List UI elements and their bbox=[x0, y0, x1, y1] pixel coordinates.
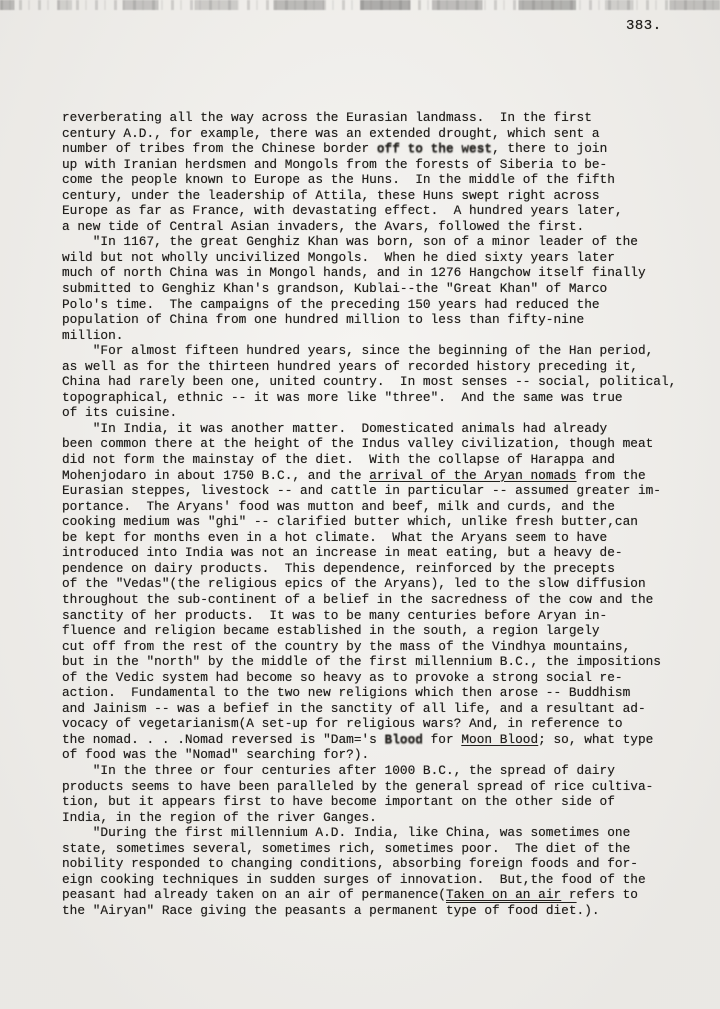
text-segment: tion, but it appears first to have becom… bbox=[62, 794, 615, 809]
text-segment: cut off from the rest of the country by … bbox=[62, 639, 630, 654]
text-segment: for bbox=[423, 732, 461, 747]
text-segment: peasant had already taken on an air of p… bbox=[62, 887, 446, 902]
text-line: the nomad. . . .Nomad reversed is "Dam='… bbox=[62, 732, 710, 748]
text-segment: "In 1167, the great Genghiz Khan was bor… bbox=[62, 234, 638, 249]
text-segment: did not form the mainstay of the diet. W… bbox=[62, 452, 615, 467]
text-line: up with Iranian herdsmen and Mongols fro… bbox=[62, 157, 710, 173]
text-line: pendence on dairy products. This depende… bbox=[62, 561, 710, 577]
text-segment: the "Airyan" Race giving the peasants a … bbox=[62, 903, 446, 918]
text-line: of the Vedic system had become so heavy … bbox=[62, 670, 710, 686]
text-line: wild but not wholly uncivilized Mongols.… bbox=[62, 250, 710, 266]
text-line: million. bbox=[62, 328, 710, 344]
text-line: century, under the leadership of Attila,… bbox=[62, 188, 710, 204]
overlined-phrase: type of food diet bbox=[446, 903, 577, 918]
text-line: products seems to have been paralleled b… bbox=[62, 779, 710, 795]
text-segment: cooking medium was "ghi" -- clarified bu… bbox=[62, 514, 638, 529]
text-segment: up with Iranian herdsmen and Mongols fro… bbox=[62, 157, 607, 172]
text-segment: "During the first millennium A.D. India,… bbox=[62, 825, 630, 840]
text-segment: fluence and religion became established … bbox=[62, 623, 600, 638]
text-line: be kept for months even in a hot climate… bbox=[62, 530, 710, 546]
text-line: century A.D., for example, there was an … bbox=[62, 126, 710, 142]
text-segment: pendence on dairy products. This depende… bbox=[62, 561, 615, 576]
text-line: introduced into India was not an increas… bbox=[62, 545, 710, 561]
text-line: action. Fundamental to the two new relig… bbox=[62, 685, 710, 701]
text-segment: China had rarely been one, united countr… bbox=[62, 374, 676, 389]
text-segment: eign cooking techniques in sudden surges… bbox=[62, 872, 646, 887]
text-line: "For almost fifteen hundred years, since… bbox=[62, 343, 710, 359]
text-line: state, sometimes several, sometimes rich… bbox=[62, 841, 710, 857]
underlined-phrase: Taken on an air bbox=[446, 887, 561, 902]
text-line: of the "Vedas"(the religious epics of th… bbox=[62, 576, 710, 592]
text-segment: been common there at the height of the I… bbox=[62, 436, 653, 451]
text-segment: reverberating all the way across the Eur… bbox=[62, 110, 592, 125]
text-segment: century A.D., for example, there was an … bbox=[62, 126, 600, 141]
text-segment: Europe as far as France, with devastatin… bbox=[62, 203, 623, 218]
scanner-noise-band bbox=[0, 0, 720, 10]
text-line: Mohenjodaro in about 1750 B.C., and the … bbox=[62, 468, 710, 484]
text-segment: of the "Vedas"(the religious epics of th… bbox=[62, 576, 646, 591]
text-segment: of its cuisine. bbox=[62, 405, 177, 420]
text-line: Polo's time. The campaigns of the preced… bbox=[62, 297, 710, 313]
text-segment: Polo's time. The campaigns of the preced… bbox=[62, 297, 600, 312]
text-segment: come the people known to Europe as the H… bbox=[62, 172, 615, 187]
text-line: peasant had already taken on an air of p… bbox=[62, 887, 710, 903]
text-line: topographical, ethnic -- it was more lik… bbox=[62, 390, 710, 406]
text-line: "In India, it was another matter. Domest… bbox=[62, 421, 710, 437]
typewritten-text-body: reverberating all the way across the Eur… bbox=[62, 110, 710, 918]
text-line: been common there at the height of the I… bbox=[62, 436, 710, 452]
text-line: but in the "north" by the middle of the … bbox=[62, 654, 710, 670]
text-segment: products seems to have been paralleled b… bbox=[62, 779, 653, 794]
text-line: come the people known to Europe as the H… bbox=[62, 172, 710, 188]
text-segment: century, under the leadership of Attila,… bbox=[62, 188, 600, 203]
text-segment: as well as for the thirteen hundred year… bbox=[62, 359, 638, 374]
text-segment: Mohenjodaro in about 1750 B.C., and the bbox=[62, 468, 369, 483]
text-segment: number of tribes from the Chinese border bbox=[62, 141, 377, 156]
text-segment: nobility responded to changing condition… bbox=[62, 856, 638, 871]
text-line: "In 1167, the great Genghiz Khan was bor… bbox=[62, 234, 710, 250]
text-segment: state, sometimes several, sometimes rich… bbox=[62, 841, 630, 856]
text-segment: and Jainism -- was a befief in the sanct… bbox=[62, 701, 646, 716]
text-line: Europe as far as France, with devastatin… bbox=[62, 203, 710, 219]
text-line: the "Airyan" Race giving the peasants a … bbox=[62, 903, 710, 919]
text-line: tion, but it appears first to have becom… bbox=[62, 794, 710, 810]
text-segment: "For almost fifteen hundred years, since… bbox=[62, 343, 653, 358]
text-line: of food was the "Nomad" searching for?). bbox=[62, 747, 710, 763]
text-line: portance. The Aryans' food was mutton an… bbox=[62, 499, 710, 515]
text-line: as well as for the thirteen hundred year… bbox=[62, 359, 710, 375]
text-segment: but in the "north" by the middle of the … bbox=[62, 654, 661, 669]
text-line: fluence and religion became established … bbox=[62, 623, 710, 639]
text-segment: be kept for months even in a hot climate… bbox=[62, 530, 607, 545]
text-segment: sanctity of her products. It was to be m… bbox=[62, 608, 607, 623]
underlined-phrase: arrival of the Aryan nomads bbox=[369, 468, 576, 483]
text-segment: a new tide of Central Asian invaders, th… bbox=[62, 219, 584, 234]
text-line: reverberating all the way across the Eur… bbox=[62, 110, 710, 126]
smudged-phrase: Blood bbox=[377, 732, 423, 747]
text-line: much of north China was in Mongol hands,… bbox=[62, 265, 710, 281]
text-segment: introduced into India was not an increas… bbox=[62, 545, 623, 560]
text-line: "During the first millennium A.D. India,… bbox=[62, 825, 710, 841]
text-segment: wild but not wholly uncivilized Mongols.… bbox=[62, 250, 615, 265]
scanned-document-page: 383. reverberating all the way across th… bbox=[0, 0, 720, 1009]
text-line: and Jainism -- was a befief in the sanct… bbox=[62, 701, 710, 717]
underlined-phrase: Moon Blood bbox=[461, 732, 538, 747]
text-segment: , there to join bbox=[492, 141, 607, 156]
text-line: of its cuisine. bbox=[62, 405, 710, 421]
text-segment: topographical, ethnic -- it was more lik… bbox=[62, 390, 623, 405]
text-segment: Eurasian steppes, livestock -- and cattl… bbox=[62, 483, 661, 498]
text-segment: ; so, what type bbox=[538, 732, 653, 747]
text-segment: submitted to Genghiz Khan's grandson, Ku… bbox=[62, 281, 607, 296]
text-segment: of food was the "Nomad" searching for?). bbox=[62, 747, 369, 762]
text-line: "In the three or four centuries after 10… bbox=[62, 763, 710, 779]
page-number: 383. bbox=[626, 18, 662, 34]
text-line: sanctity of her products. It was to be m… bbox=[62, 608, 710, 624]
text-segment: the nomad. . . .Nomad reversed is "Dam='… bbox=[62, 732, 377, 747]
text-segment: population of China from one hundred mil… bbox=[62, 312, 584, 327]
text-segment: throughout the sub-continent of a belief… bbox=[62, 592, 653, 607]
text-line: number of tribes from the Chinese border… bbox=[62, 141, 710, 157]
text-line: cooking medium was "ghi" -- clarified bu… bbox=[62, 514, 710, 530]
text-line: Eurasian steppes, livestock -- and cattl… bbox=[62, 483, 710, 499]
text-segment: much of north China was in Mongol hands,… bbox=[62, 265, 646, 280]
text-segment: million. bbox=[62, 328, 123, 343]
text-line: throughout the sub-continent of a belief… bbox=[62, 592, 710, 608]
text-segment: portance. The Aryans' food was mutton an… bbox=[62, 499, 615, 514]
text-line: submitted to Genghiz Khan's grandson, Ku… bbox=[62, 281, 710, 297]
text-line: did not form the mainstay of the diet. W… bbox=[62, 452, 710, 468]
text-line: a new tide of Central Asian invaders, th… bbox=[62, 219, 710, 235]
smudged-phrase: off to the west bbox=[377, 141, 492, 156]
text-segment: refers to bbox=[561, 887, 638, 902]
text-segment: from the bbox=[577, 468, 646, 483]
text-line: India, in the region of the river Ganges… bbox=[62, 810, 710, 826]
text-segment: India, in the region of the river Ganges… bbox=[62, 810, 377, 825]
text-line: cut off from the rest of the country by … bbox=[62, 639, 710, 655]
text-segment: action. Fundamental to the two new relig… bbox=[62, 685, 630, 700]
text-segment: "In India, it was another matter. Domest… bbox=[62, 421, 607, 436]
text-line: China had rarely been one, united countr… bbox=[62, 374, 710, 390]
text-segment: "In the three or four centuries after 10… bbox=[62, 763, 615, 778]
text-line: nobility responded to changing condition… bbox=[62, 856, 710, 872]
text-segment: vocacy of vegetarianism(A set-up for rel… bbox=[62, 716, 623, 731]
text-line: population of China from one hundred mil… bbox=[62, 312, 710, 328]
text-line: vocacy of vegetarianism(A set-up for rel… bbox=[62, 716, 710, 732]
text-segment: of the Vedic system had become so heavy … bbox=[62, 670, 623, 685]
text-line: eign cooking techniques in sudden surges… bbox=[62, 872, 710, 888]
text-segment: .). bbox=[577, 903, 600, 918]
